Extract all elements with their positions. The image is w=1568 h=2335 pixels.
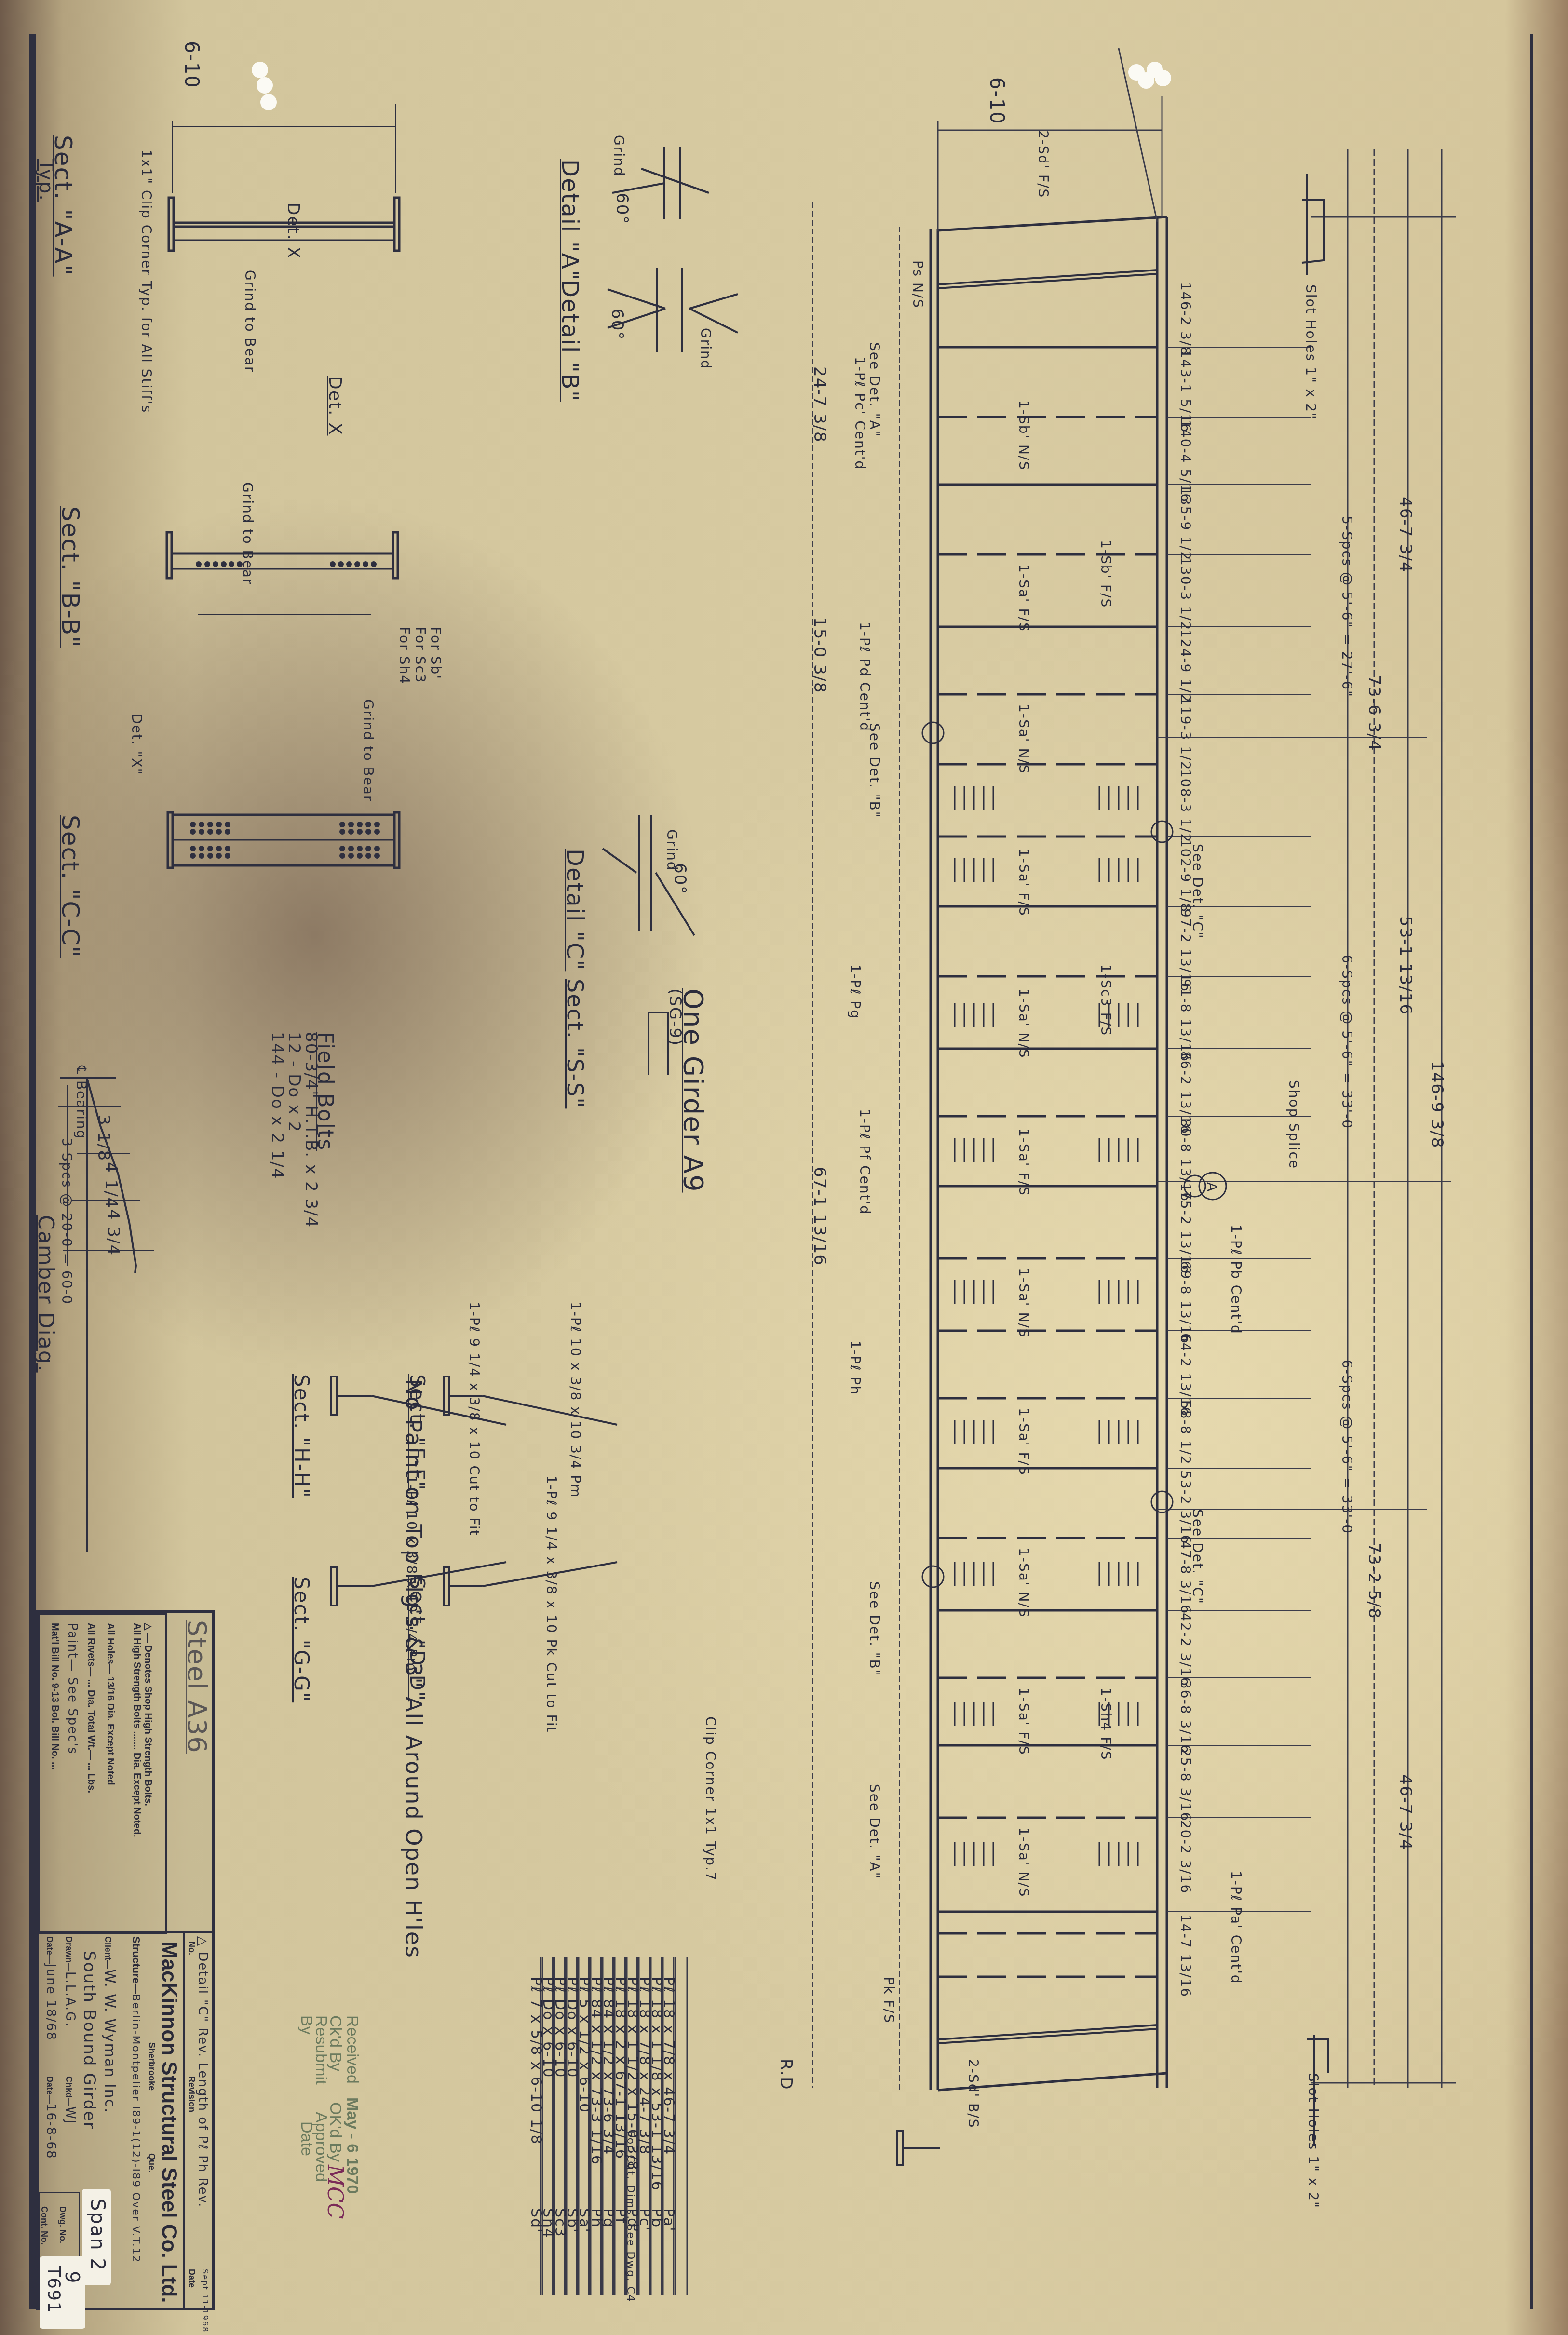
bom-note: For Cut. Dims. See Dwg. C4: [624, 2131, 636, 2303]
stiffener-label: 1-Sa' N/S: [1016, 1548, 1032, 1618]
dd-plate: 1-Pℓ 9 1/4 x 3/8 x 10 Pk Cut to Fit: [543, 1475, 559, 1733]
camber-ordinate: 3 1/8: [94, 1115, 113, 1161]
title-block: △ — Denotes Shop High Strength Bolts. Al…: [36, 1610, 215, 2310]
section-dd-label: Sect. "D-D": [406, 1577, 429, 1701]
plate-label: 1-Pℓ Ph: [847, 1340, 863, 1395]
girder-linework: [0, 0, 1568, 2335]
date2-value: 16-8-68: [43, 2104, 58, 2159]
stamp-date-label: Date: [297, 2121, 316, 2156]
section-gg-label: Sect. "G-G": [290, 1577, 313, 1702]
note-line: All Rivets— ... Dia. Total Wt.— ... Lbs.: [85, 1623, 96, 1793]
plate-label: 1-Pℓ Pf Cent'd: [857, 1109, 873, 1215]
bill-of-materials: Pℓ 18 x 7/8 x 46-7 3/4Pa' Pℓ 18 x 1 1/8 …: [535, 1957, 689, 2295]
section-cc-label: Sect. "C-C": [56, 815, 84, 958]
client-value: W. W. Wyman Inc.: [101, 1969, 118, 2114]
company-city: Sherbrooke: [147, 2042, 157, 2091]
spacing-note: 6-Spcs @ 5'-6" = 33'-0: [1339, 955, 1355, 1129]
camber-ordinate: 4 1/4: [101, 1162, 121, 1209]
section-aa-label: Sect. "A-A": [49, 135, 77, 277]
detail-c-grind: Grind: [664, 829, 680, 871]
date-label: Date—: [45, 1936, 54, 1964]
stamp-received: Received: [343, 2015, 362, 2084]
cc-detail-ref: Det. "X": [129, 714, 145, 776]
det-x-label: Det. X: [325, 376, 345, 436]
stiffener-label: 1-Sa' F/S: [1016, 564, 1032, 632]
detail-b-label: Detail "B": [556, 280, 583, 402]
stiffener-label: 1-Sa' F/S: [1016, 1128, 1032, 1196]
plate-label: 1-Pℓ Pg: [847, 964, 863, 1019]
plate-label: 1-Pℓ Pa' Cent'd: [1228, 1871, 1244, 1984]
camber-label: Camber Diag.: [33, 1215, 58, 1373]
detail-reference: See Det. "C": [1190, 844, 1205, 939]
cont-no-value: T691: [44, 2266, 64, 2314]
overall-length: 146-9 3/8: [1427, 1061, 1446, 1148]
station: 119-3 1/2: [1177, 697, 1193, 770]
stiffener-label: 1-Sb' N/S: [1016, 400, 1032, 471]
stiffener-label: 1-Sa' N/S: [1016, 988, 1032, 1059]
dwg-no-label: Dwg. No.: [57, 2206, 68, 2243]
station: 58-8 1/2: [1177, 1401, 1193, 1465]
slot-hole-note: Slot Holes 1" x 2": [1305, 2073, 1321, 2209]
stiffener-label: 1-Sa' F/S: [1016, 1408, 1032, 1476]
detail-a-label: Detail "A": [556, 159, 583, 282]
hh-plate: 1-Pℓ 9 1/4 x 3/8 x 10 Cut to Fit: [466, 1302, 482, 1536]
detail-reference: See Det. "B": [866, 1581, 882, 1677]
stamp-by: By: [297, 2015, 316, 2035]
detail-reference: See Det. "A": [866, 342, 882, 438]
company-name: MacKinnon Structural Steel Co. Ltd.: [157, 1941, 181, 2303]
note-line: Paint— See Spec's: [65, 1623, 80, 1755]
note-line: All Holes— 13/16 Dia. Except Noted: [105, 1623, 116, 1785]
detail-reference: See Det. "C": [1190, 1509, 1205, 1605]
note-line: Mat'l Bill No. 9-13 Bol. Bill No. ...: [49, 1623, 60, 1770]
spacing-note: 5-Spcs @ 5'-6" = 27'-6": [1339, 516, 1355, 698]
end-label: R.D: [776, 2059, 796, 2090]
bom-row: Pℓ 7 x 5/8 x 6-10 1/8Sd': [540, 1957, 555, 2295]
structure-value: Berlin-Montpelier I89-1(12)-I89 Over V.T…: [130, 1994, 142, 2263]
structure-label: Structure—: [130, 1936, 142, 1994]
length-dim: 15-0 3/8: [810, 617, 829, 694]
section-hh-label: Sect. "H-H": [290, 1374, 313, 1498]
field-bolts-row: 12 - Do x 2: [284, 1032, 304, 1133]
field-bolts-row: 144 - Do x 2 1/4: [268, 1032, 287, 1180]
checked-value: WJ: [63, 2106, 77, 2124]
section-ss-label: Sect. "S-S": [562, 979, 588, 1108]
det-x-ref: Det. X: [284, 202, 303, 259]
stiffener-label: 1-Sa' N/S: [1016, 704, 1032, 774]
plate-label: 1-Pℓ Pb Cent'd: [1228, 1225, 1244, 1335]
detail-reference: See Det. "A": [866, 1784, 882, 1879]
length-dim: 53-1 13/16: [1396, 916, 1415, 1015]
dd-clip-note: Clip Corner 1x1 Typ.7: [703, 1716, 718, 1881]
revision-col-label: Revision: [187, 2076, 197, 2112]
length-dim: 46-7 3/4: [1396, 1774, 1415, 1851]
length-dim: 46-7 3/4: [1396, 497, 1415, 573]
bb-table-row: For Sb': [428, 627, 444, 680]
station: 80-8 13/16: [1177, 1119, 1193, 1202]
revision-note: △ Detail "C" Rev. Length of Pℓ Ph Rev.: [195, 1936, 210, 2208]
client-label: Client—: [103, 1936, 113, 1969]
stiffener-label: 1-Sa' N/S: [1016, 1268, 1032, 1338]
girder-subtitle: (SG-9): [665, 988, 685, 1046]
drawn-value: L.L.A.G.: [63, 1971, 77, 2027]
revision-col-no: No.: [187, 1941, 197, 1955]
ff-plate: 1-Pℓ 10 x 3/8 x 10 3/4 Pm: [568, 1302, 583, 1498]
length-dim: 73-2 5/8: [1365, 1543, 1384, 1620]
revision-col-date: Date: [187, 2269, 197, 2288]
detail-c-label: Detail "C": [561, 849, 588, 971]
detail-a-angle: 60°: [612, 193, 632, 225]
plate-label: 1-Pℓ Pd Cent'd: [857, 622, 873, 732]
revision-date: Sept 11-1968: [201, 2269, 210, 2333]
date2-label: Date—: [45, 2076, 54, 2104]
span-label: Span 2: [86, 2199, 108, 2271]
section-aa-sub: Typ.: [35, 159, 57, 202]
date-value: June 18/68: [43, 1964, 58, 2041]
station: 91-8 13/16: [1177, 979, 1193, 1062]
camber-spacing: 3 Spcs @ 20-0 = 60-0: [59, 1138, 75, 1305]
plate-label: 1-Pℓ Pc' Cent'd: [852, 357, 868, 470]
station: 36-8 3/16: [1177, 1680, 1193, 1754]
length-dim: 24-7 3/8: [810, 366, 829, 443]
cc-grind-note: Grind to Bear: [360, 699, 376, 802]
clip-corner-note: 1x1" Clip Corner Typ. for All Stiff's: [138, 149, 154, 413]
stiffener-label: 1-Sa' N/S: [1016, 1827, 1032, 1898]
station: 108-3 1/2: [1177, 769, 1193, 843]
slot-hole-note: Slot Holes 1" x 2": [1303, 284, 1319, 420]
dwg-no-value: 9: [61, 2271, 83, 2284]
note-line: All High Strength Bolts ....... Dia. Exc…: [131, 1623, 142, 1837]
stiffener-label: 1-Sb' F/S: [1098, 540, 1114, 608]
camber-ordinate: 4 3/4: [104, 1209, 123, 1256]
detail-reference: See Det. "B": [866, 723, 882, 819]
stiffener-label: 1-Sa' F/S: [1016, 849, 1032, 917]
spacing-note: 6-Spcs @ 5'-6" = 33'-0: [1339, 1360, 1355, 1534]
station: 20-2 3/16: [1177, 1820, 1193, 1894]
note-line: △ — Denotes Shop High Strength Bolts.: [142, 1623, 154, 1806]
detail-a-grind: Grind: [611, 135, 627, 177]
bb-grind-note: Grind to Bear: [240, 482, 256, 585]
section-aa-width: 6-10: [180, 41, 203, 89]
bb-table-row: For Sh4: [396, 627, 412, 685]
stiffener-label: 1-Sc3 F/S: [1098, 964, 1114, 1036]
grind-to-bear-note: Grind to Bear: [242, 270, 258, 373]
stiffener-label: 2-Sd' F/S: [1035, 130, 1051, 198]
stiffener-label: 2-Sd' B/S: [965, 2059, 981, 2128]
plate-label: Pk F/S: [881, 1977, 897, 2024]
camber-bearing: ℄ Bearing: [73, 1066, 89, 1139]
field-bolts-row: 80-3/4" H.T.B. x 2 3/4: [301, 1032, 321, 1228]
station: 135-9 1/2: [1177, 487, 1193, 561]
station: 14-7 13/16: [1177, 1914, 1193, 1998]
station: 42-2 3/16: [1177, 1613, 1193, 1687]
length-dim: 73-6 3/4: [1365, 675, 1384, 752]
detail-b-angle: 60°: [608, 309, 627, 340]
checked-label: Chkd—: [64, 2076, 74, 2106]
callout-letter: A: [1204, 1182, 1220, 1192]
station: 130-3 1/2: [1177, 557, 1193, 631]
station: 124-9 1/2: [1177, 629, 1193, 703]
station: 25-8 3/16: [1177, 1748, 1193, 1822]
section-bb-label: Sect. "B-B": [56, 506, 84, 648]
company-province: Que.: [147, 2153, 157, 2173]
stiffener-label: 1-Sa' F/S: [1016, 1687, 1032, 1755]
detail-b-grind: Grind: [698, 328, 714, 370]
shop-splice-note: Shop Splice: [1286, 1080, 1302, 1169]
plate-label: Ps N/S: [910, 260, 926, 309]
section-ff-label: Sect. "F-F": [406, 1374, 429, 1491]
drawn-label: Drawn—: [64, 1936, 74, 1971]
stiffener-label: 1-Sh4 F/S: [1098, 1687, 1114, 1760]
item-description: South Bound Girder: [80, 1951, 99, 2130]
dwg-no-tag: 9 T691: [40, 2256, 85, 2329]
cont-no-label: Cont. No.: [39, 2206, 49, 2245]
span-tag: Span 2: [82, 2189, 111, 2285]
station: 69-8 13/16: [1177, 1261, 1193, 1344]
top-width-dim: 6-10: [986, 77, 1008, 125]
station: 146-2 3/8: [1177, 282, 1193, 356]
length-dim: 67-1 13/16: [810, 1167, 829, 1266]
bb-table-row: For Sc3: [412, 627, 428, 684]
